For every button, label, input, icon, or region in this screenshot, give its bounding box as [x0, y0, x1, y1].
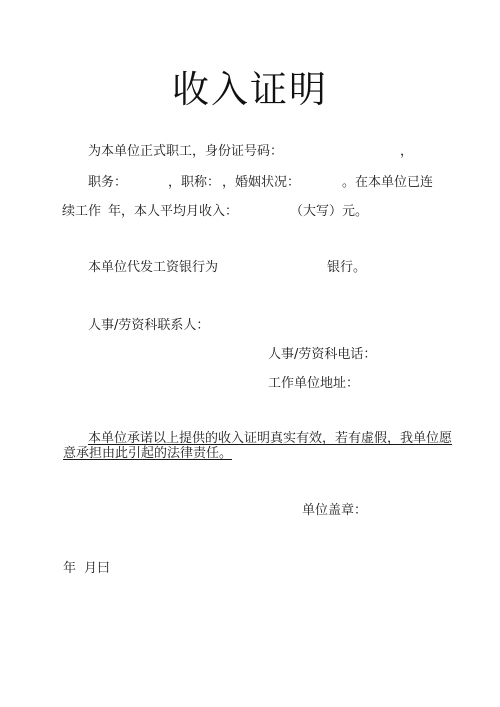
- id-number-comma: ，: [400, 144, 413, 160]
- date-month-day: 月曰: [84, 561, 110, 577]
- hr-contact-label: 人事/劳资科联系人：: [88, 318, 209, 334]
- income-uppercase-label: （大写）元。: [290, 204, 368, 220]
- tenure-label: 。在本单位已连: [342, 175, 433, 191]
- payroll-bank-suffix: 银行。: [327, 260, 366, 276]
- document-title: 收入证明: [0, 68, 500, 112]
- id-number-label: 为本单位正式职工，身份证号码：: [88, 144, 283, 160]
- tenure-continued: 续工作: [62, 204, 101, 220]
- pledge-line-2: 意承担由此引起的法律责任。: [63, 446, 232, 462]
- pledge-line-1: 本单位承诺以上提供的收入证明真实有效，若有虚假，我单位愿: [88, 431, 452, 447]
- hr-phone-label: 人事/劳资科电话：: [268, 347, 376, 363]
- monthly-income-label: 年，本人平均月收入：: [108, 204, 238, 220]
- work-address-label: 工作单位地址：: [268, 376, 359, 392]
- company-seal-label: 单位盖章：: [302, 503, 367, 519]
- payroll-bank-label: 本单位代发工资银行为: [88, 260, 218, 276]
- marital-status-label: ，婚姻状况：: [222, 175, 300, 191]
- date-year: 年: [63, 561, 76, 577]
- title-label: ，职称：: [168, 175, 220, 191]
- position-label: 职务：: [88, 175, 127, 191]
